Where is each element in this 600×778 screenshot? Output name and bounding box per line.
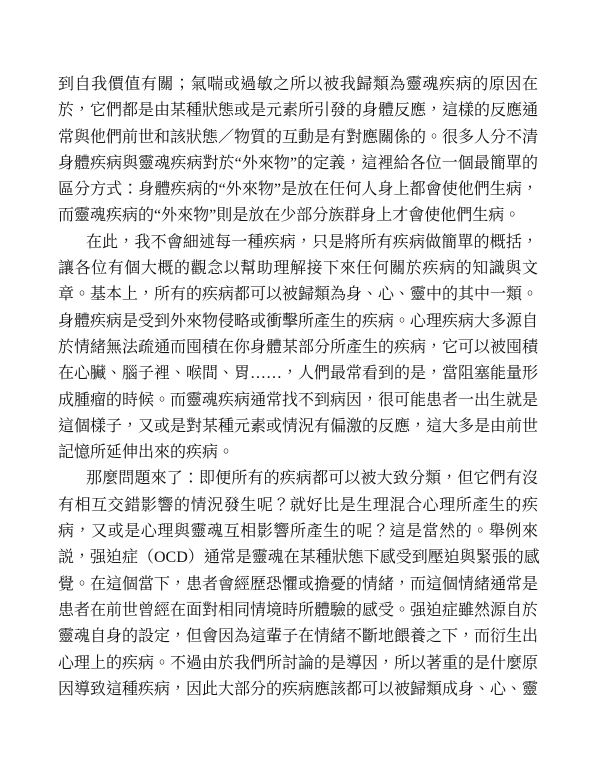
text-line: 有相互交錯影響的情況發生呢？就好比是生理混合心理所產生的疾 xyxy=(58,493,538,519)
text-line: 説，强迫症（OCD）通常是靈魂在某種狀態下感受到壓迫與緊張的感 xyxy=(58,545,538,571)
text-line: 身體疾病是受到外來物侵略或衝擊所產生的疾病。心理疾病大多源自 xyxy=(58,309,538,335)
text-line: 靈魂自身的設定，但會因為這輩子在情緒不斷地餵養之下，而衍生出 xyxy=(58,624,538,650)
text-line: 常與他們前世和該狀態／物質的互動是有對應關係的。很多人分不清 xyxy=(58,125,538,151)
text-line: 讓各位有個大概的觀念以幫助理解接下來任何關於疾病的知識與文 xyxy=(58,256,538,282)
text-line: 身體疾病與靈魂疾病對於“外來物”的定義，這裡給各位一個最簡單的 xyxy=(58,151,538,177)
text-line: 於情緒無法疏通而囤積在你身體某部分所產生的疾病，它可以被囤積 xyxy=(58,335,538,361)
text-line: 於，它們都是由某種狀態或是元素所引發的身體反應，這樣的反應通 xyxy=(58,98,538,124)
text-line: 病，又或是心理與靈魂互相影響所產生的呢？這是當然的。舉例來 xyxy=(58,519,538,545)
text-line: 因導致這種疾病，因此大部分的疾病應該都可以被歸類成身、心、靈 xyxy=(58,677,538,703)
text-line: 到自我價值有關；氣喘或過敏之所以被我歸類為靈魂疾病的原因在 xyxy=(58,72,538,98)
text-line: 區分方式：身體疾病的“外來物”是放在任何人身上都會使他們生病， xyxy=(58,177,538,203)
text-line: 心理上的疾病。不過由於我們所討論的是導因，所以著重的是什麼原 xyxy=(58,651,538,677)
text-line: 在此，我不會細述每一種疾病，只是將所有疾病做簡單的概括， xyxy=(58,230,538,256)
text-line: 成腫瘤的時候。而靈魂疾病通常找不到病因，很可能患者一出生就是 xyxy=(58,388,538,414)
text-line: 那麼問題來了：即便所有的疾病都可以被大致分類，但它們有沒 xyxy=(58,466,538,492)
text-line: 覺。在這個當下，患者會經歷恐懼或擔憂的情緒，而這個情緒通常是 xyxy=(58,572,538,598)
text-line: 章。基本上，所有的疾病都可以被歸類為身、心、靈中的其中一類。 xyxy=(58,282,538,308)
document-page: 到自我價值有關；氣喘或過敏之所以被我歸類為靈魂疾病的原因在 於，它們都是由某種狀… xyxy=(0,0,600,778)
text-line: 患者在前世曾經在面對相同情境時所體驗的感受。强迫症雖然源自於 xyxy=(58,598,538,624)
text-line: 而靈魂疾病的“外來物”則是放在少部分族群身上才會使他們生病。 xyxy=(58,203,538,229)
body-text: 到自我價值有關；氣喘或過敏之所以被我歸類為靈魂疾病的原因在 於，它們都是由某種狀… xyxy=(58,72,538,703)
text-line: 記憶所延伸出來的疾病。 xyxy=(58,440,538,466)
text-line: 在心臟、腦子裡、喉間、胃……，人們最常看到的是，當阻塞能量形 xyxy=(58,361,538,387)
text-line: 這個樣子，又或是對某種元素或情況有偏激的反應，這大多是由前世 xyxy=(58,414,538,440)
